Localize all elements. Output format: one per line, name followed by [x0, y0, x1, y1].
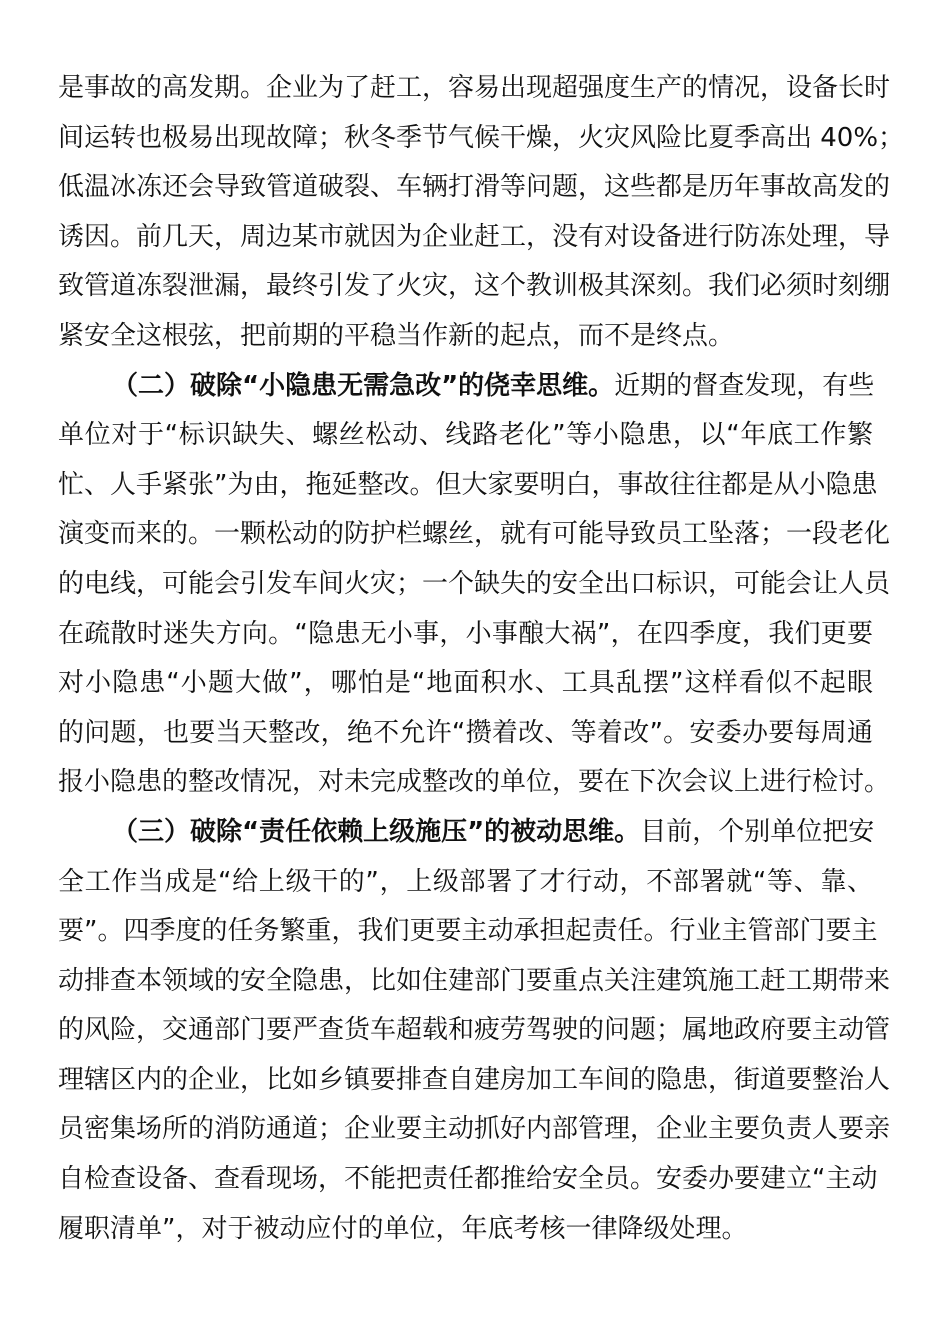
- section-heading: （二）破除“小隐患无需急改”的侥幸思维。: [112, 371, 614, 401]
- text-line: 诱因。前几天，周边某市就因为企业赶工，没有对设备进行防冻处理，导: [58, 213, 873, 263]
- document-page: 是事故的高发期。企业为了赶工，容易出现超强度生产的情况，设备长时 间运转也极易出…: [58, 64, 873, 1254]
- text-line: 紧安全这根弦，把前期的平稳当作新的起点，而不是终点。: [58, 312, 873, 362]
- text-line: 自检查设备、查看现场，不能把责任都推给安全员。安委办要建立“主动: [58, 1155, 873, 1205]
- text-line: 对小隐患“小题大做”，哪怕是“地面积水、工具乱摆”这样看似不起眼: [58, 659, 873, 709]
- text-line: 致管道冻裂泄漏，最终引发了火灾，这个教训极其深刻。我们必须时刻绷: [58, 262, 873, 312]
- paragraph-2: （二）破除“小隐患无需急改”的侥幸思维。近期的督查发现，有些 单位对于“标识缺失…: [58, 362, 873, 808]
- paragraph-1: 是事故的高发期。企业为了赶工，容易出现超强度生产的情况，设备长时 间运转也极易出…: [58, 64, 873, 362]
- text-line: 单位对于“标识缺失、螺丝松动、线路老化”等小隐患，以“年底工作繁: [58, 411, 873, 461]
- paragraph-first-line: （三）破除“责任依赖上级施压”的被动思维。目前，个别单位把安: [58, 808, 873, 858]
- text-line: 低温冰冻还会导致管道破裂、车辆打滑等问题，这些都是历年事故高发的: [58, 163, 873, 213]
- text-line: 间运转也极易出现故障；秋冬季节气候干燥，火灾风险比夏季高出 40%；: [58, 114, 873, 164]
- paragraph-first-line: （二）破除“小隐患无需急改”的侥幸思维。近期的督查发现，有些: [58, 362, 873, 412]
- section-heading: （三）破除“责任依赖上级施压”的被动思维。: [112, 817, 640, 847]
- text-line: 动排查本领域的安全隐患，比如住建部门要重点关注建筑施工赶工期带来: [58, 957, 873, 1007]
- text-run: 近期的督查发现，有些: [614, 371, 874, 401]
- text-line: 的电线，可能会引发车间火灾；一个缺失的安全出口标识，可能会让人员: [58, 560, 873, 610]
- text-line: 忙、人手紧张”为由，拖延整改。但大家要明白，事故往往都是从小隐患: [58, 461, 873, 511]
- text-line: 员密集场所的消防通道；企业要主动抓好内部管理，企业主要负责人要亲: [58, 1105, 873, 1155]
- text-line: 的风险，交通部门要严查货车超载和疲劳驾驶的问题；属地政府要主动管: [58, 1006, 873, 1056]
- text-line: 演变而来的。一颗松动的防护栏螺丝，就有可能导致员工坠落；一段老化: [58, 510, 873, 560]
- text-run: 目前，个别单位把安: [640, 817, 874, 847]
- text-line: 在疏散时迷失方向。“隐患无小事，小事酿大祸”，在四季度，我们更要: [58, 610, 873, 660]
- paragraph-3: （三）破除“责任依赖上级施压”的被动思维。目前，个别单位把安 全工作当成是“给上…: [58, 808, 873, 1254]
- text-line: 要”。四季度的任务繁重，我们更要主动承担起责任。行业主管部门要主: [58, 907, 873, 957]
- text-line: 理辖区内的企业，比如乡镇要排查自建房加工车间的隐患，街道要整治人: [58, 1056, 873, 1106]
- text-line: 是事故的高发期。企业为了赶工，容易出现超强度生产的情况，设备长时: [58, 64, 873, 114]
- text-line: 全工作当成是“给上级干的”，上级部署了才行动，不部署就“等、靠、: [58, 858, 873, 908]
- text-line: 报小隐患的整改情况，对未完成整改的单位，要在下次会议上进行检讨。: [58, 758, 873, 808]
- text-line: 的问题，也要当天整改，绝不允许“攒着改、等着改”。安委办要每周通: [58, 709, 873, 759]
- text-line: 履职清单”，对于被动应付的单位，年底考核一律降级处理。: [58, 1205, 873, 1255]
